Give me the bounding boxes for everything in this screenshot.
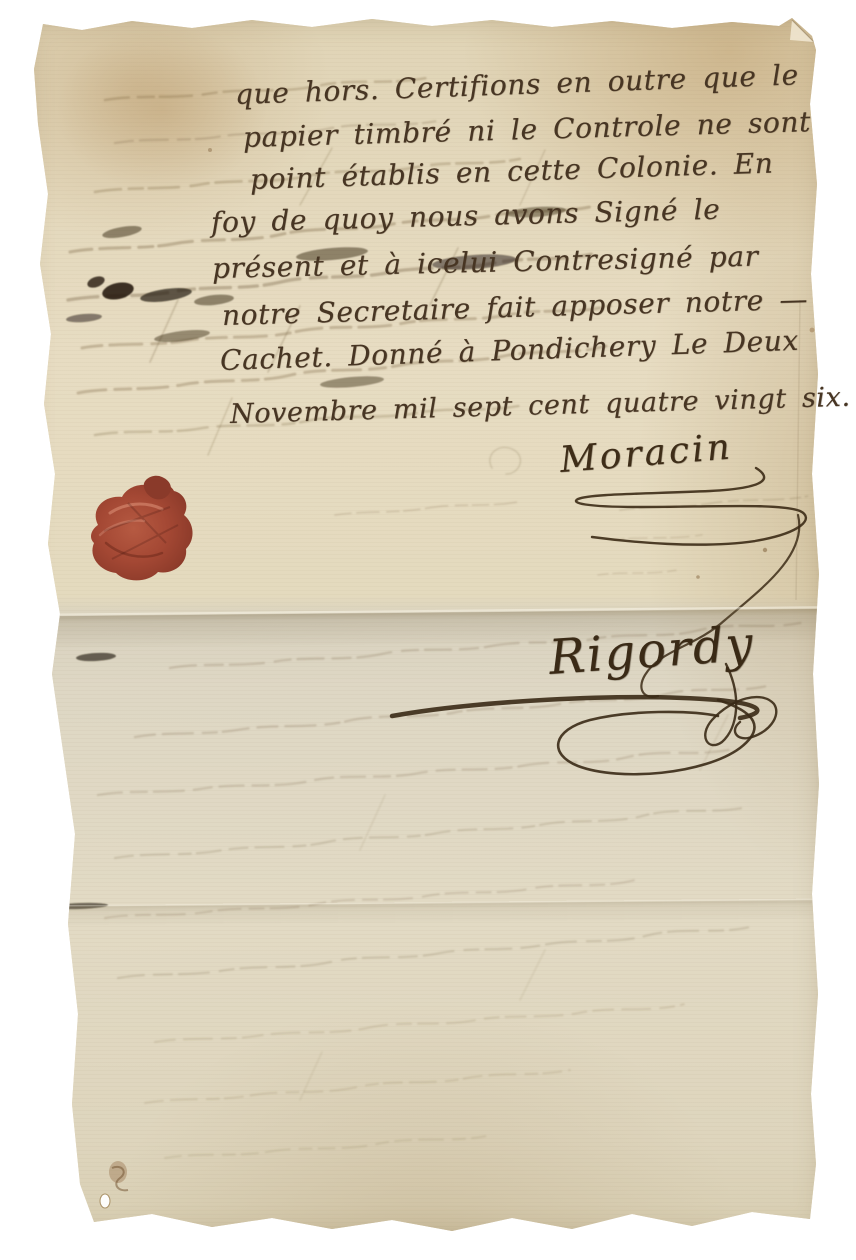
wax-blob	[91, 485, 193, 581]
wax-seal	[70, 473, 200, 598]
ghost-writing-bottom	[97, 622, 801, 1158]
corner-fold	[790, 20, 814, 42]
photo-backdrop: que hors. Certifions en outre que le pap…	[0, 0, 856, 1260]
